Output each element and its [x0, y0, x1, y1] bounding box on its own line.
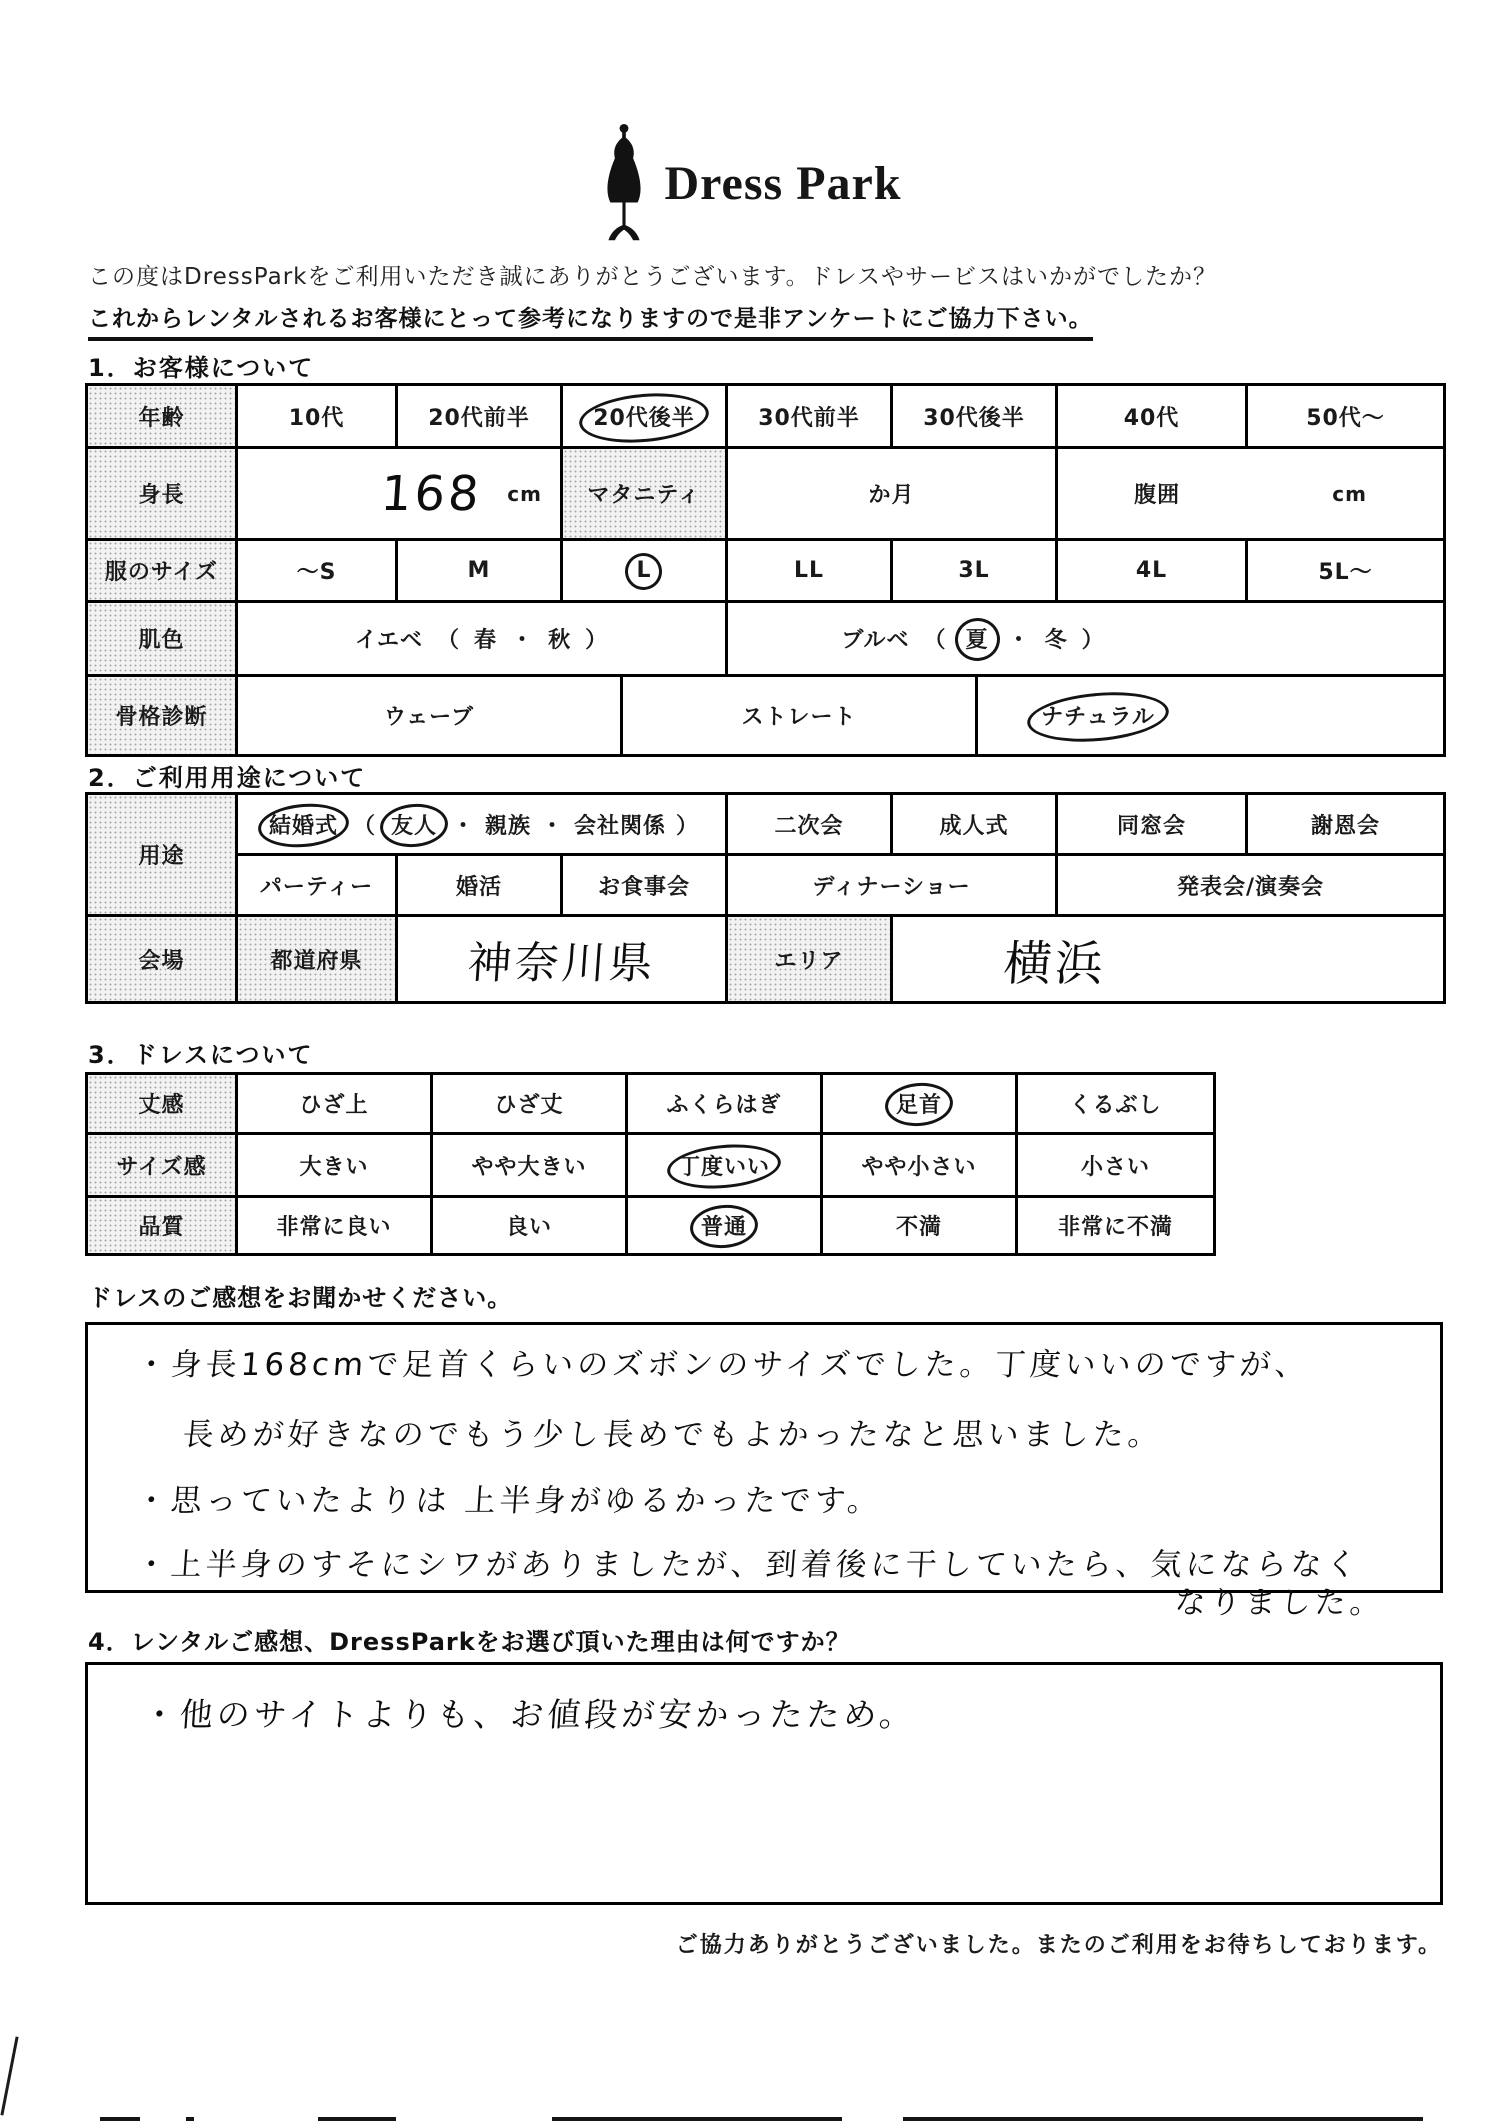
skin-row: 肌色 イエベ （ 春 ・ 秋 ） ブルベ （ 夏 ・ 冬 ）: [85, 603, 1446, 677]
quality-option-unsatisfied: 不満: [823, 1198, 1018, 1253]
dot: ・: [511, 623, 534, 654]
skin-blue-cell: ブルベ （ 夏 ・ 冬 ）: [728, 603, 1218, 674]
age-option-10s: 10代: [238, 386, 398, 446]
closing-thanks: ご協力ありがとうございました。またのご利用をお待ちしております。: [676, 1928, 1442, 1959]
length-option-calf: ふくらはぎ: [628, 1075, 823, 1132]
maternity-label: マタニティ: [563, 449, 728, 538]
size-option-ll: LL: [728, 541, 893, 600]
paren-open: （: [353, 809, 376, 840]
prefecture-value-cell: 神奈川県: [398, 917, 728, 1001]
skin-yellow-cell: イエベ （ 春 ・ 秋 ）: [238, 603, 728, 674]
length-option-knee: ひざ丈: [433, 1075, 628, 1132]
length-option-ankle: 足首: [823, 1075, 1018, 1132]
quality-row: 品質 非常に良い 良い 普通 不満 非常に不満: [85, 1198, 1216, 1256]
dress-form-icon: [598, 122, 650, 244]
size-option-m: M: [398, 541, 563, 600]
purpose-row-1: 結婚式 （ 友人 ・ 親族 ・ 会社関係 ） 二次会 成人式 同窓会 謝恩会: [238, 795, 1443, 856]
fit-option-big: 大きい: [238, 1135, 433, 1195]
section-1-title: 1．お客様について: [88, 348, 314, 383]
customer-table: 年齢 10代 20代前半 20代後半 30代前半 30代後半 40代 50代～ …: [85, 383, 1446, 757]
quality-option-very-unsatisfied: 非常に不満: [1018, 1198, 1213, 1253]
skeleton-option-natural: ナチュラル: [978, 677, 1218, 754]
scan-artifact-dash: [552, 2117, 842, 2121]
size-option-3l: 3L: [893, 541, 1058, 600]
selection-circle: 友人: [386, 809, 442, 840]
purpose-option-party: パーティー: [238, 856, 398, 914]
selection-circle: 夏: [961, 623, 994, 654]
scanned-survey-page: Dress Park この度はDressParkをご利用いただき誠にありがとうご…: [0, 0, 1500, 2127]
scan-artifact-diagonal: [0, 2036, 18, 2115]
quality-option-very-good: 非常に良い: [238, 1198, 433, 1253]
skin-blue-label: ブルベ: [841, 623, 909, 654]
skeleton-option-straight: ストレート: [623, 677, 978, 754]
maternity-months-label: か月: [728, 449, 1058, 538]
height-unit: cm: [507, 482, 542, 506]
brand-logo: Dress Park: [0, 122, 1500, 244]
waist-unit: cm: [1332, 482, 1367, 506]
area-label: エリア: [728, 917, 893, 1001]
skin-label: 肌色: [88, 603, 238, 674]
skin-yellow-label: イエベ: [355, 623, 423, 654]
quality-option-good: 良い: [433, 1198, 628, 1253]
purpose-option-family: 親族: [485, 809, 531, 840]
reason-answer: ・他のサイトよりも、お値段が安かったため。: [141, 1689, 918, 1736]
skeleton-label: 骨格診断: [88, 677, 238, 754]
fit-row: サイズ感 大きい やや大きい 丁度いい やや小さい 小さい: [85, 1135, 1216, 1198]
feedback-line-2: 長めが好きなのでもう少し長めでもよかったなと思いました。: [181, 1409, 1164, 1454]
skeleton-option-wave: ウェーブ: [238, 677, 623, 754]
purpose-option-afterparty: 二次会: [728, 795, 893, 853]
paren-close: ）: [585, 623, 608, 654]
purpose-option-recital: 発表会/演奏会: [1058, 856, 1443, 914]
feedback-prompt: ドレスのご感想をお聞かせください。: [88, 1278, 512, 1313]
height-value-cell: 168 cm: [238, 449, 563, 538]
age-label: 年齢: [88, 386, 238, 446]
height-row: 身長 168 cm マタニティ か月 腹囲 cm: [85, 449, 1446, 541]
purpose-wedding-cell: 結婚式 （ 友人 ・ 親族 ・ 会社関係 ）: [238, 795, 728, 853]
selection-circle: L: [631, 558, 656, 583]
reason-box: ・他のサイトよりも、お値段が安かったため。: [85, 1662, 1443, 1905]
length-option-anklebone: くるぶし: [1018, 1075, 1213, 1132]
age-option-50s: 50代～: [1248, 386, 1443, 446]
age-option-late20s: 20代後半: [563, 386, 728, 446]
paren-close: ）: [1082, 623, 1105, 654]
skeleton-row: 骨格診断 ウェーブ ストレート ナチュラル: [85, 677, 1446, 757]
prefecture-handwritten: 神奈川県: [465, 927, 657, 991]
size-label: 服のサイズ: [88, 541, 238, 600]
selection-circle: 丁度いい: [673, 1150, 775, 1181]
purpose-option-company: 会社関係: [574, 809, 666, 840]
selection-circle: 結婚式: [264, 809, 343, 840]
size-option-l: L: [563, 541, 728, 600]
fit-label: サイズ感: [88, 1135, 238, 1195]
age-option-early20s: 20代前半: [398, 386, 563, 446]
usage-table: 用途 結婚式 （ 友人 ・ 親族 ・ 会社関係 ） 二次会 成人式 同窓: [85, 792, 1446, 1004]
height-value-handwritten: 168: [379, 466, 484, 522]
paren-close: ）: [676, 809, 699, 840]
size-option-s: ～S: [238, 541, 398, 600]
fit-option-slightly-big: やや大きい: [433, 1135, 628, 1195]
fit-option-just-right: 丁度いい: [628, 1135, 823, 1195]
purpose-row-2: パーティー 婚活 お食事会 ディナーショー 発表会/演奏会: [238, 856, 1443, 914]
purpose-label: 用途: [88, 795, 238, 914]
scan-artifact-dash: [100, 2117, 140, 2121]
size-option-5l: 5L～: [1248, 541, 1443, 600]
purpose-option-dinner: お食事会: [563, 856, 728, 914]
purpose-rows: 用途 結婚式 （ 友人 ・ 親族 ・ 会社関係 ） 二次会 成人式 同窓: [85, 792, 1446, 917]
selection-circle: 20代後半: [588, 401, 700, 432]
waist-cell: 腹囲 cm: [1058, 449, 1443, 538]
age-row: 年齢 10代 20代前半 20代後半 30代前半 30代後半 40代 50代～: [85, 383, 1446, 449]
section-2-title: 2．ご利用用途について: [88, 758, 366, 793]
selection-circle: 足首: [891, 1088, 947, 1119]
purpose-option-dinnershow: ディナーショー: [728, 856, 1058, 914]
dot: ・: [452, 809, 475, 840]
age-option-early30s: 30代前半: [728, 386, 893, 446]
feedback-box: ・身長168cmで足首くらいのズボンのサイズでした。丁度いいのですが、 長めが好…: [85, 1322, 1443, 1593]
waist-label: 腹囲: [1134, 478, 1180, 509]
fit-option-slightly-small: やや小さい: [823, 1135, 1018, 1195]
intro-line-1: この度はDressParkをご利用いただき誠にありがとうございます。ドレスやサー…: [88, 258, 1217, 291]
height-label: 身長: [88, 449, 238, 538]
paren-open: （: [437, 623, 460, 654]
size-option-4l: 4L: [1058, 541, 1248, 600]
selection-circle: ナチュラル: [1036, 700, 1160, 731]
feedback-line-3: ・思っていたよりは 上半身がゆるかったです。: [134, 1475, 884, 1520]
purpose-option-coming-of-age: 成人式: [893, 795, 1058, 853]
quality-option-average: 普通: [628, 1198, 823, 1253]
length-option-above-knee: ひざ上: [238, 1075, 433, 1132]
scan-artifact-dash: [903, 2117, 1423, 2121]
intro-line-2: これからレンタルされるお客様にとって参考になりますので是非アンケートにご協力下さ…: [88, 300, 1093, 341]
feedback-line-5-overflow: なりました。: [1173, 1577, 1386, 1622]
section-3-title: 3．ドレスについて: [88, 1035, 314, 1070]
prefecture-label: 都道府県: [238, 917, 398, 1001]
size-row: 服のサイズ ～S M L LL 3L 4L 5L～: [85, 541, 1446, 603]
dot: ・: [1008, 623, 1031, 654]
venue-label: 会場: [88, 917, 238, 1001]
selection-circle: 普通: [696, 1210, 752, 1241]
quality-label: 品質: [88, 1198, 238, 1253]
age-option-late30s: 30代後半: [893, 386, 1058, 446]
purpose-option-konkatsu: 婚活: [398, 856, 563, 914]
skin-option-spring: 春: [474, 623, 497, 654]
skin-option-autumn: 秋: [548, 623, 571, 654]
length-label: 丈感: [88, 1075, 238, 1132]
brand-name: Dress Park: [664, 156, 901, 211]
dress-table: 丈感 ひざ上 ひざ丈 ふくらはぎ 足首 くるぶし サイズ感 大きい やや大きい …: [85, 1072, 1216, 1256]
purpose-options: 結婚式 （ 友人 ・ 親族 ・ 会社関係 ） 二次会 成人式 同窓会 謝恩会: [238, 795, 1443, 914]
scan-artifact-dash: [186, 2117, 194, 2121]
section-4-title: 4．レンタルご感想、DressParkをお選び頂いた理由は何ですか？: [88, 1622, 851, 1657]
length-row: 丈感 ひざ上 ひざ丈 ふくらはぎ 足首 くるぶし: [85, 1072, 1216, 1135]
area-handwritten: 横浜: [1002, 925, 1109, 994]
fit-option-small: 小さい: [1018, 1135, 1213, 1195]
skin-option-winter: 冬: [1045, 623, 1068, 654]
dot: ・: [541, 809, 564, 840]
purpose-option-thanks-party: 謝恩会: [1248, 795, 1443, 853]
purpose-option-reunion: 同窓会: [1058, 795, 1248, 853]
feedback-line-1: ・身長168cmで足首くらいのズボンのサイズでした。丁度いいのですが、: [134, 1339, 1311, 1384]
paren-open: （: [924, 623, 947, 654]
scan-artifact-dash: [318, 2117, 396, 2121]
venue-row: 会場 都道府県 神奈川県 エリア 横浜: [85, 917, 1446, 1004]
area-value-cell: 横浜: [893, 917, 1218, 1001]
age-option-40s: 40代: [1058, 386, 1248, 446]
